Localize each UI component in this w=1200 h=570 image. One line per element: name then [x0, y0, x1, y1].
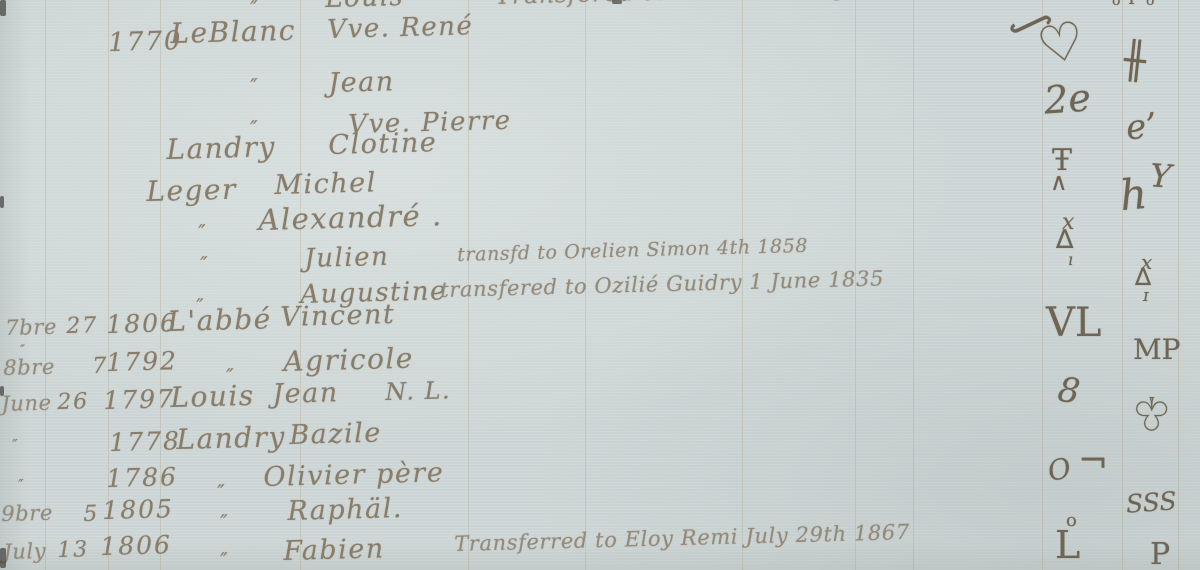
row11-month: 8bre — [3, 357, 55, 379]
row5-surname: Landry — [166, 133, 276, 164]
row12-given: Jean — [272, 379, 339, 408]
p-brand-mark-glyph: P — [1150, 540, 1170, 570]
row13-surname: Landry — [176, 423, 286, 454]
row16-day: 13 — [57, 539, 90, 562]
row15-ditto: ″ — [220, 512, 230, 532]
sss-brand-mark-glyph: SSS — [1125, 488, 1177, 516]
scan-edge-artifact — [0, 548, 6, 568]
hourglass-brand-mark-glyph: ı — [1068, 252, 1073, 268]
row12-year: 1797 — [103, 386, 175, 413]
row9-note: transfered to Ozilié Guidry 1 June 1835 — [440, 268, 884, 301]
row14-ditto: ″ — [217, 482, 227, 502]
row15-given: Raphäl. — [287, 495, 403, 525]
row14-month-ditto: ″ — [18, 478, 25, 493]
circle-l-brand-mark-glyph: L — [1055, 526, 1080, 564]
ledger-scan-page: ″LouisTransfered to Azélia Guidry 1 June… — [0, 0, 1200, 570]
row15-year: 1805 — [102, 496, 174, 523]
clipped-top-brand-mark-glyph: I — [1128, 0, 1135, 8]
column-rule-line — [45, 0, 46, 570]
row13-given: Bazile — [289, 420, 382, 449]
curly-eight-brand-mark-glyph: 8 — [1056, 373, 1082, 410]
heart-flourish-brand-mark-glyph: ♡ — [1033, 14, 1089, 75]
row13-month-ditto: ″ — [12, 438, 19, 453]
row3-ditto: ″ — [250, 76, 260, 96]
row11-given: Agricole — [283, 345, 414, 376]
row15-day: 5 — [83, 504, 100, 526]
scan-edge-artifact — [0, 0, 6, 16]
clover-brand-mark-glyph: ♧ — [1131, 390, 1172, 436]
row12-month: June — [1, 393, 52, 415]
column-rule-line — [913, 0, 914, 570]
row16-year: 1806 — [100, 532, 172, 559]
hourglass-i-brand-mark-glyph: ɪ — [1143, 288, 1148, 305]
row5-given: Clotine — [328, 129, 438, 159]
oval-bracket-brand-mark-glyph: ¬ — [1078, 444, 1108, 480]
row8-ditto: ″ — [200, 254, 210, 274]
row16-month: July — [3, 541, 46, 563]
row2-surname: LeBlanc — [170, 17, 296, 48]
row2-given: Vve. René — [327, 13, 474, 43]
clipped-top-brand-mark-glyph: o — [1112, 0, 1120, 8]
row8-note: transfd to Orelien Simon 4th 1858 — [457, 237, 808, 265]
row14-given: Olivier père — [263, 459, 445, 491]
row8-given: Julien — [304, 244, 390, 272]
row1-note: Transfered to Azélia Guidry 1 June 1835 — [495, 0, 1010, 8]
script-e-apostrophe-brand-mark-glyph: e’ — [1124, 108, 1158, 145]
two-e-brand-mark-glyph: 2e — [1043, 78, 1092, 119]
row12-surname: Louis — [170, 382, 255, 412]
row7-given: Alexandré . — [258, 201, 443, 235]
row6-given: Michel — [274, 169, 377, 199]
row7-ditto: ″ — [198, 222, 208, 242]
row16-note: Transferred to Eloy Remi July 29th 1867 — [454, 522, 910, 555]
script-h-brand-mark-glyph: h — [1118, 173, 1149, 217]
row15-month: 9bre — [1, 503, 53, 525]
row12-initials: N. L. — [385, 378, 451, 404]
scan-edge-artifact — [0, 196, 4, 208]
row10-month: 7bre — [5, 317, 57, 339]
double-cross-brand-mark-glyph: ╫ — [1122, 43, 1147, 81]
oval-bracket-brand-mark-glyph: O — [1045, 454, 1073, 486]
row6-surname: Leger — [146, 176, 237, 206]
row14-year: 1786 — [106, 464, 178, 491]
column-rule-line — [1178, 0, 1179, 570]
stick-figure-brand-mark-glyph: ∧ — [1050, 170, 1068, 194]
row1-given: Louis — [325, 0, 404, 12]
scan-edge-artifact — [612, 0, 622, 4]
row10-day: 27 — [66, 315, 99, 338]
column-rule-line — [1122, 0, 1123, 570]
row13-year: 1778 — [109, 428, 181, 455]
clipped-top-brand-mark-glyph: o — [1146, 0, 1154, 8]
row16-ditto: ″ — [220, 550, 230, 570]
row16-given: Fabien — [283, 535, 385, 565]
row3-given: Jean — [328, 68, 395, 97]
mp-brand-mark-glyph: MP — [1133, 336, 1181, 364]
row11-year: 1792 — [106, 348, 178, 375]
y-brand-mark-glyph: Y — [1149, 159, 1172, 192]
row12-day: 26 — [57, 391, 90, 414]
vl-brand-mark-glyph: VL — [1046, 303, 1101, 343]
scan-edge-artifact — [0, 386, 4, 396]
row10-surname: L'abbé — [167, 305, 272, 336]
row10-given: Vincent — [280, 301, 396, 331]
